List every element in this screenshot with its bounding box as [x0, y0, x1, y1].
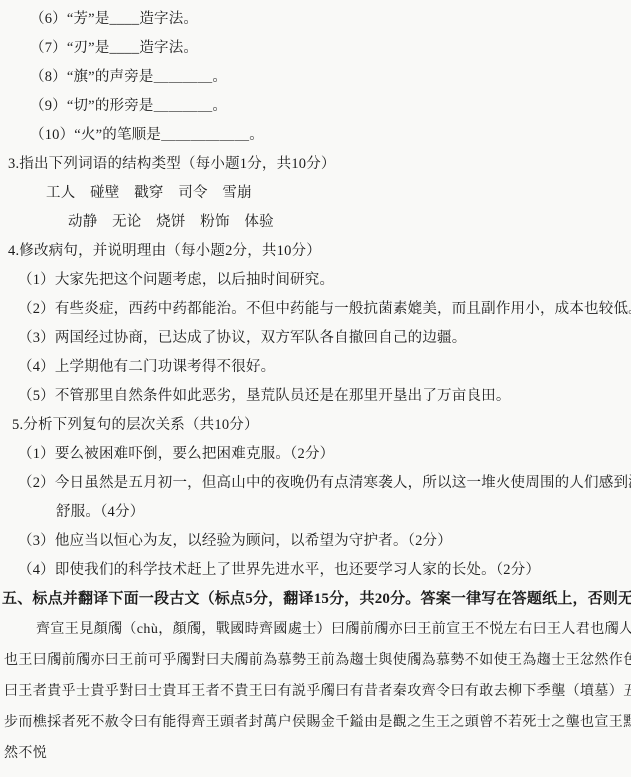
- section-5-heading: 5.分析下列复句的层次关系（共10分）: [0, 411, 631, 440]
- clause-item-1: （1）要么被困难吓倒，要么把困难克服。（2分）: [0, 440, 631, 469]
- fill-blank-item-10: （10）“火”的笔顺是＿＿＿＿＿＿。: [0, 121, 631, 150]
- clause-item-4: （4）即使我们的科学技术赶上了世界先进水平，也还要学习人家的长处。（2分）: [0, 556, 631, 585]
- classical-text-line-5: 然不悦: [0, 738, 631, 769]
- fill-blank-item-6: （6）“芳”是____造字法。: [0, 5, 631, 34]
- fill-blank-item-9: （9）“切”的形旁是＿＿＿＿。: [0, 92, 631, 121]
- section-wu-heading: 五、标点并翻译下面一段古文（标点5分，翻译15分，共20分。答案一律写在答题纸上…: [0, 585, 631, 614]
- sentence-item-5: （5）不管那里自然条件如此恶劣，垦荒队员还是在那里开垦出了万亩良田。: [0, 382, 631, 411]
- clause-item-2: （2）今日虽然是五月初一，但高山中的夜晚仍有点清寒袭人，所以这一堆火使周围的人们…: [0, 469, 631, 498]
- sentence-item-2: （2）有些炎症，西药中药都能治。不但中药能与一般抗菌素媲美，而且副作用小，成本也…: [0, 295, 631, 324]
- classical-text-line-4: 步而樵採者死不赦令曰有能得齊王頭者封萬户侯賜金千鎰由是觀之生王之頭曾不若死士之壟…: [0, 707, 631, 738]
- clause-item-2-continuation: 舒服。（4分）: [0, 498, 631, 527]
- section-4-heading: 4.修改病句，并说明理由（每小题2分，共10分）: [0, 237, 631, 266]
- section-3-heading: 3.指出下列词语的结构类型（每小题1分，共10分）: [0, 150, 631, 179]
- word-list-row-1: 工人 碰壁 戳穿 司令 雪崩: [0, 179, 631, 208]
- sentence-item-1: （1）大家先把这个问题考虑，以后抽时间研究。: [0, 266, 631, 295]
- classical-text-line-2: 也王曰斶前斶亦曰王前可乎斶對曰夫斶前為慕勢王前為趨士與使斶為慕勢不如使王為趨士王…: [0, 645, 631, 676]
- sentence-item-4: （4）上学期他有二门功课考得不很好。: [0, 353, 631, 382]
- fill-blank-item-8: （8）“旗”的声旁是＿＿＿＿。: [0, 63, 631, 92]
- word-list-row-2: 动静 无论 烧饼 粉饰 体验: [0, 208, 631, 237]
- sentence-item-3: （3）两国经过协商，已达成了协议，双方军队各自撤回自己的边疆。: [0, 324, 631, 353]
- fill-blank-item-7: （7）“刃”是____造字法。: [0, 34, 631, 63]
- clause-item-3: （3）他应当以恒心为友，以经验为顾问，以希望为守护者。（2分）: [0, 527, 631, 556]
- classical-text-line-1: 齊宣王見顏斶（chù，顏斶，戰國時齊國處士）曰斶前斶亦曰王前宣王不悦左右曰王人君…: [0, 614, 631, 645]
- exam-paper-page: （6）“芳”是____造字法。 （7）“刃”是____造字法。 （8）“旗”的声…: [0, 0, 631, 777]
- classical-text-line-3: 曰王者貴乎士貴乎對曰士貴耳王者不貴王曰有説乎斶曰有昔者秦攻齊令曰有敢去柳下季壟（…: [0, 676, 631, 707]
